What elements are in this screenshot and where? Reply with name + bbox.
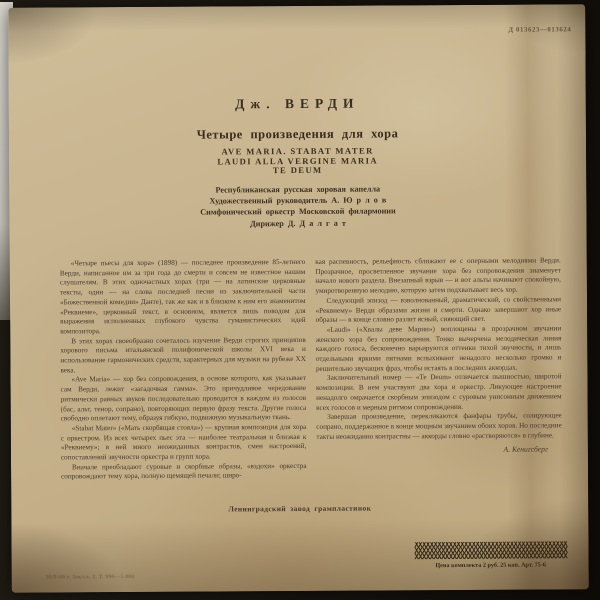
liner-notes-paragraph: «Четыре пьесы для хора» (1898) — последн… — [60, 258, 306, 337]
liner-notes-paragraph: Заключительный номер — «Te Deum» отличае… — [316, 373, 562, 413]
ornament-row: ХХХХХХХХХХХХХХХХХХХХХХХХХХХХХХХХХХХХХХХХ — [401, 553, 581, 560]
liner-notes-right-column: кая распевность, рельефность сближают ее… — [315, 256, 562, 499]
liner-notes-paragraph: Следующий эпизод — взволнованный, драмат… — [315, 295, 561, 326]
ornament-border: ХХХХХХХХХХХХХХХХХХХХХХХХХХХХХХХХХХХХХХХХ… — [400, 541, 580, 559]
liner-notes-paragraph: «Ave Maria» — хор без сопровождения, в о… — [60, 374, 306, 424]
liner-notes-paragraph: кая распевность, рельефность сближают ее… — [315, 256, 561, 296]
record-sleeve-photo: Д 013623—013624 Дж. ВЕРДИ Четыре произве… — [0, 0, 600, 600]
liner-notes-paragraph: «Stabat Mater» («Мать скорбящая стояла»)… — [61, 423, 307, 463]
album-title: Четыре произведения для хора — [9, 125, 586, 144]
liner-notes-paragraph: В этих хорах своеобразно сочеталось изуч… — [60, 336, 306, 376]
catalog-number: Д 013623—013624 — [508, 26, 571, 33]
work-titles: AVE MARIA. STABAT MATER LAUDI ALLA VERGI… — [9, 145, 586, 177]
liner-notes-paragraph: Завершая произведение, перекликаются фан… — [316, 412, 562, 443]
plant-name: Ленинградский завод грампластинок — [11, 502, 588, 515]
liner-notes-paragraph: «Laudi» («Хвалы деве Марии») воплощены в… — [316, 324, 562, 374]
liner-notes-left-column: «Четыре пьесы для хора» (1898) — последн… — [60, 258, 307, 501]
liner-notes-paragraph: Вначале преобладают суровые и скорбные о… — [61, 462, 307, 483]
print-run-info: 30/9-66 г. Зак/сл. 2. Т. 996—5 000 — [46, 574, 135, 581]
price-label: Цена комплекта 2 руб. 25 коп. Арт. 75-6 — [401, 561, 581, 569]
composer-name: Дж. ВЕРДИ — [9, 94, 586, 114]
performers-block: Республиканская русская хоровая капелла … — [9, 182, 586, 230]
price-block: ХХХХХХХХХХХХХХХХХХХХХХХХХХХХХХХХХХХХХХХХ… — [400, 541, 580, 569]
sleeve-paper: Д 013623—013624 Дж. ВЕРДИ Четыре произве… — [8, 4, 589, 593]
liner-notes-author: А. Кенигсберг — [316, 445, 562, 456]
performers-line: Дирижер Д. Д а л г а т — [10, 216, 587, 231]
liner-notes: «Четыре пьесы для хора» (1898) — последн… — [60, 256, 562, 501]
